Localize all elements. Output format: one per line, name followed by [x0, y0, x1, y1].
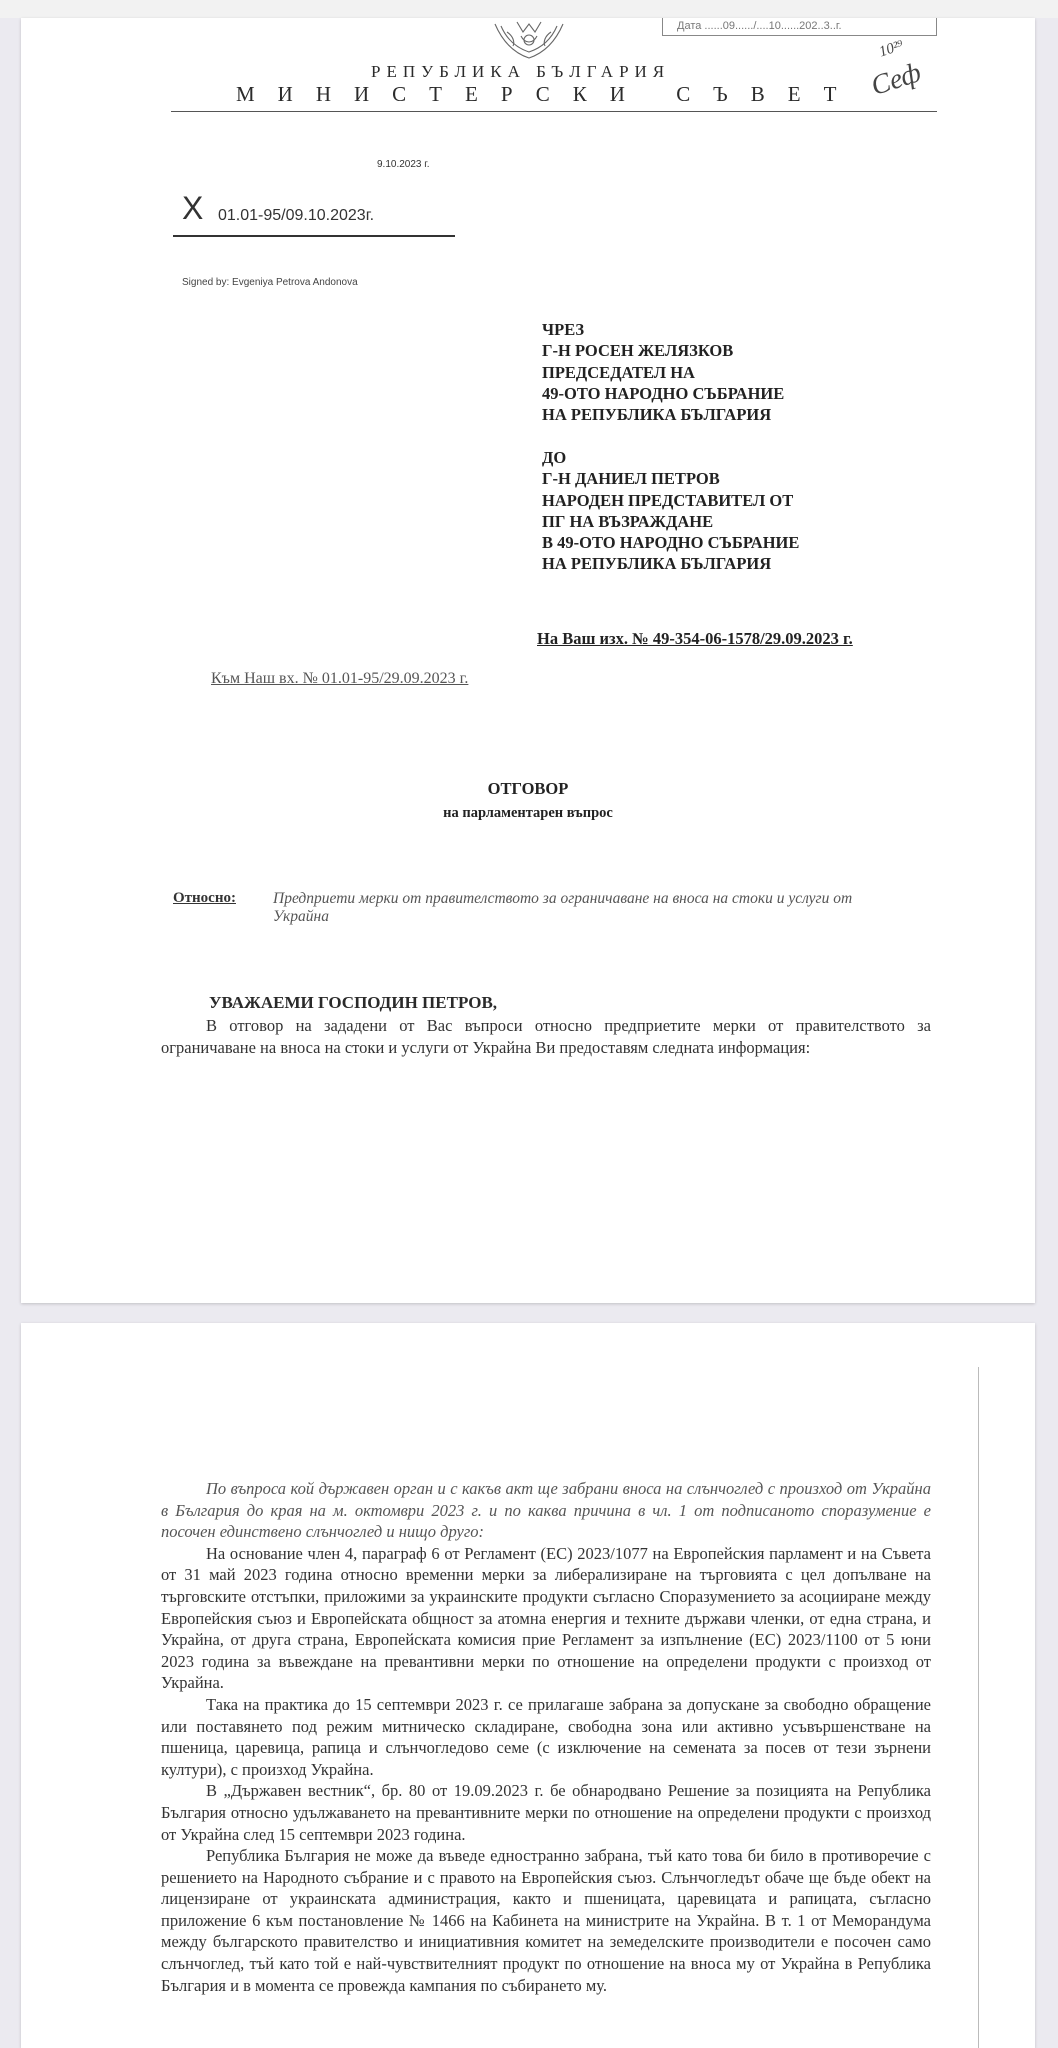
via-line: Г-Н РОСЕН ЖЕЛЯЗКОВ: [542, 340, 784, 361]
document-title: ОТГОВОР: [21, 779, 1035, 799]
addressee-to: ДО Г-Н ДАНИЕЛ ПЕТРОВ НАРОДЕН ПРЕДСТАВИТЕ…: [542, 447, 799, 575]
reference-outgoing: На Ваш изх. № 49-354-06-1578/29.09.2023 …: [537, 629, 853, 649]
answer-paragraph: Република България не може да въведе едн…: [161, 1845, 931, 1996]
question-paragraph: По въпроса кой държавен орган и с какъв …: [161, 1478, 931, 1543]
to-line: В 49-ОТО НАРОДНО СЪБРАНИЕ: [542, 532, 799, 553]
document-page-1: Дата ......09....../....10......202..3..…: [21, 18, 1035, 1303]
letterhead-institution: МИНИСТЕРСКИ СЪВЕТ: [236, 82, 859, 107]
answer-paragraph: В „Държавен вестник“, бр. 80 от 19.09.20…: [161, 1780, 931, 1845]
to-line: ПГ НА ВЪЗРАЖДАНЕ: [542, 511, 799, 532]
intro-paragraph-block: В отговор на зададени от Вас въпроси отн…: [161, 1015, 931, 1058]
scan-artifact-line: [978, 1367, 979, 2048]
via-line: 49-ОТО НАРОДНО СЪБРАНИЕ: [542, 383, 784, 404]
addressee-via: ЧРЕЗ Г-Н РОСЕН ЖЕЛЯЗКОВ ПРЕДСЕДАТЕЛ НА 4…: [542, 319, 784, 425]
answer-paragraph: На основание член 4, параграф 6 от Регла…: [161, 1543, 931, 1694]
to-line: Г-Н ДАНИЕЛ ПЕТРОВ: [542, 468, 799, 489]
coat-of-arms-emblem-icon: [487, 18, 571, 60]
to-line: НАРОДЕН ПРЕДСТАВИТЕЛ ОТ: [542, 490, 799, 511]
salutation: УВАЖАЕМИ ГОСПОДИН ПЕТРОВ,: [209, 993, 497, 1013]
viewer-top-bar: [0, 0, 1058, 18]
via-line: НА РЕПУБЛИКА БЪЛГАРИЯ: [542, 404, 784, 425]
answer-body: По въпроса кой държавен орган и с какъв …: [161, 1478, 931, 1996]
intro-paragraph: В отговор на зададени от Вас въпроси отн…: [161, 1015, 931, 1058]
via-line: ЧРЕЗ: [542, 319, 784, 340]
letterhead-country: РЕПУБЛИКА БЪЛГАРИЯ: [371, 62, 670, 82]
registration-stamp: Дата ......09....../....10......202..3..…: [662, 18, 937, 36]
esign-signed-by: Signed by: Evgeniya Petrova Andonova: [182, 277, 358, 288]
esign-date: 9.10.2023 г.: [377, 159, 429, 170]
to-line: НА РЕПУБЛИКА БЪЛГАРИЯ: [542, 553, 799, 574]
reference-incoming: Към Наш вх. № 01.01-95/29.09.2023 г.: [211, 670, 468, 688]
to-line: ДО: [542, 447, 799, 468]
signature-line: [173, 235, 455, 237]
esign-mark-icon: X: [182, 190, 203, 227]
subject-label: Относно:: [173, 890, 236, 907]
answer-paragraph: Така на практика до 15 септември 2023 г.…: [161, 1694, 931, 1780]
document-subtitle: на парламентарен въпрос: [21, 805, 1035, 822]
handwritten-signature: Сеф: [867, 57, 925, 103]
esign-number: 01.01-95/09.10.2023г.: [218, 207, 374, 225]
subject-text: Предприети мерки от правителството за ог…: [273, 890, 903, 926]
document-page-2: По въпроса кой държавен орган и с какъв …: [21, 1323, 1035, 2048]
letterhead-divider: [171, 111, 937, 112]
via-line: ПРЕДСЕДАТЕЛ НА: [542, 362, 784, 383]
handwritten-number: 10²⁹: [877, 37, 906, 62]
